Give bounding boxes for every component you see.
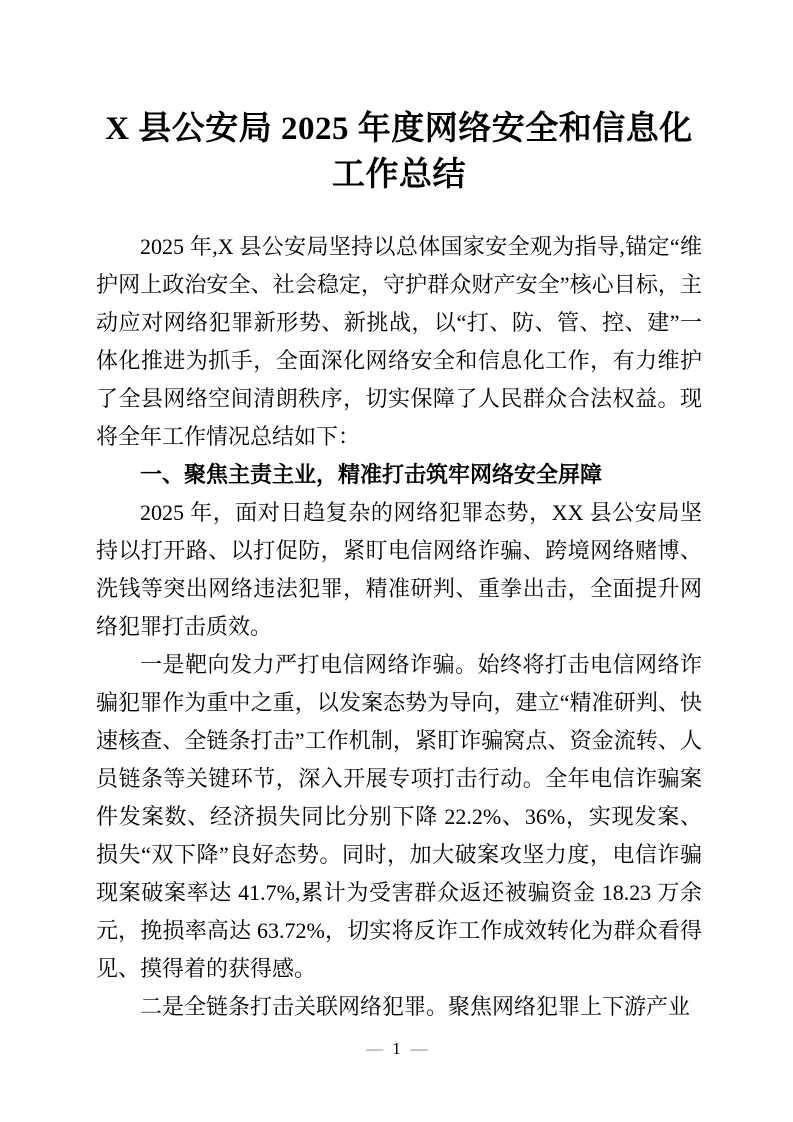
document-content: X 县公安局 2025 年度网络安全和信息化工作总结 2025 年,X 县公安局… (96, 0, 702, 1026)
page-footer: —1— (0, 1038, 793, 1060)
paragraph-section1-intro: 2025 年，面对日趋复杂的网络犯罪态势，XX 县公安局坚持以打开路、以打促防，… (96, 494, 702, 646)
footer-dash-right: — (411, 1039, 427, 1058)
section-heading-1: 一、聚焦主责主业，精准打击筑牢网络安全屏障 (96, 456, 702, 494)
document-title: X 县公安局 2025 年度网络安全和信息化工作总结 (96, 0, 702, 198)
paragraph-point-one: 一是靶向发力严打电信网络诈骗。始终将打击电信网络诈骗犯罪作为重中之重，以发案态势… (96, 646, 702, 988)
paragraph-overview: 2025 年,X 县公安局坚持以总体国家安全观为指导,锚定“维护网上政治安全、社… (96, 228, 702, 456)
document-page: X 县公安局 2025 年度网络安全和信息化工作总结 2025 年,X 县公安局… (0, 0, 793, 1122)
footer-dash-left: — (366, 1039, 382, 1058)
page-number: 1 (392, 1039, 401, 1058)
paragraph-point-two: 二是全链条打击关联网络犯罪。聚焦网络犯罪上下游产业 (96, 988, 702, 1026)
